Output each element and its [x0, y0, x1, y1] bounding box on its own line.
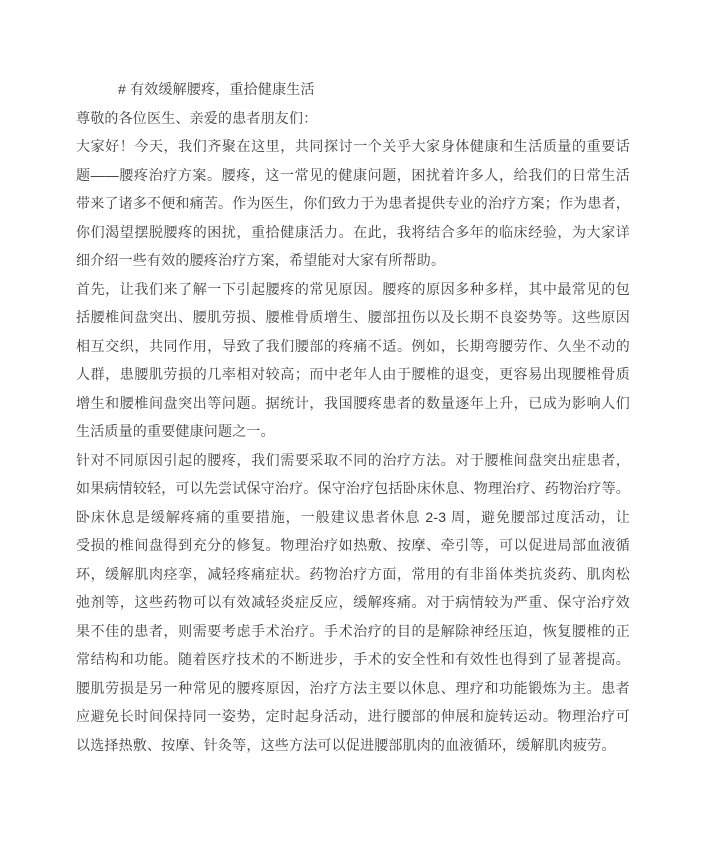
text-line: 你们渴望摆脱腰疼的困扰，重拾健康活力。在此，我将结合多年的临床经验，为大家详 — [76, 218, 630, 247]
text-line: 人群，患腰肌劳损的几率相对较高；而中老年人由于腰椎的退变，更容易出现腰椎骨质 — [76, 360, 630, 389]
text-line: 相互交织，共同作用，导致了我们腰部的疼痛不适。例如，长期弯腰劳作、久坐不动的 — [76, 332, 630, 361]
text-line: 针对不同原因引起的腰疼，我们需要采取不同的治疗方法。对于腰椎间盘突出症患者， — [76, 446, 630, 475]
text-line: 大家好！今天，我们齐聚在这里，共同探讨一个关乎大家身体健康和生活质量的重要话 — [76, 132, 630, 161]
document-title: # 有效缓解腰疼，重拾健康生活 — [76, 75, 630, 104]
text-line: 以选择热敷、按摩、针灸等，这些方法可以促进腰部肌肉的血液循环，缓解肌肉疲劳。 — [76, 731, 630, 760]
text-line: 生活质量的重要健康问题之一。 — [76, 417, 630, 446]
text-line: 卧床休息是缓解疼痛的重要措施，一般建议患者休息 2-3 周，避免腰部过度活动，让 — [76, 503, 630, 532]
text-line: 果不佳的患者，则需要考虑手术治疗。手术治疗的目的是解除神经压迫，恢复腰椎的正 — [76, 617, 630, 646]
text-line: 增生和腰椎间盘突出等问题。据统计，我国腰疼患者的数量逐年上升，已成为影响人们 — [76, 389, 630, 418]
text-line: 括腰椎间盘突出、腰肌劳损、腰椎骨质增生、腰部扭伤以及长期不良姿势等。这些原因 — [76, 303, 630, 332]
text-line: 受损的椎间盘得到充分的修复。物理治疗如热敷、按摩、牵引等，可以促进局部血液循 — [76, 531, 630, 560]
text-line: 首先，让我们来了解一下引起腰疼的常见原因。腰疼的原因多种多样，其中最常见的包 — [76, 275, 630, 304]
document-body[interactable]: # 有效缓解腰疼，重拾健康生活 尊敬的各位医生、亲爱的患者朋友们：大家好！今天，… — [76, 75, 630, 759]
text-line: 带来了诸多不便和痛苦。作为医生，你们致力于为患者提供专业的治疗方案；作为患者， — [76, 189, 630, 218]
text-line: 如果病情较轻，可以先尝试保守治疗。保守治疗包括卧床休息、物理治疗、药物治疗等。 — [76, 474, 630, 503]
document-page: # 有效缓解腰疼，重拾健康生活 尊敬的各位医生、亲爱的患者朋友们：大家好！今天，… — [0, 0, 708, 841]
text-line: 题——腰疼治疗方案。腰疼，这一常见的健康问题，困扰着许多人，给我们的日常生活 — [76, 161, 630, 190]
document-text: 尊敬的各位医生、亲爱的患者朋友们：大家好！今天，我们齐聚在这里，共同探讨一个关乎… — [76, 104, 630, 760]
text-line: 应避免长时间保持同一姿势，定时起身活动，进行腰部的伸展和旋转运动。物理治疗可 — [76, 702, 630, 731]
text-line: 尊敬的各位医生、亲爱的患者朋友们： — [76, 104, 630, 133]
text-line: 环，缓解肌肉痉挛，减轻疼痛症状。药物治疗方面，常用的有非甾体类抗炎药、肌肉松 — [76, 560, 630, 589]
text-line: 腰肌劳损是另一种常见的腰疼原因，治疗方法主要以休息、理疗和功能锻炼为主。患者 — [76, 674, 630, 703]
text-line: 常结构和功能。随着医疗技术的不断进步，手术的安全性和有效性也得到了显著提高。 — [76, 645, 630, 674]
text-line: 细介绍一些有效的腰疼治疗方案，希望能对大家有所帮助。 — [76, 246, 630, 275]
text-line: 弛剂等，这些药物可以有效减轻炎症反应，缓解疼痛。对于病情较为严重、保守治疗效 — [76, 588, 630, 617]
